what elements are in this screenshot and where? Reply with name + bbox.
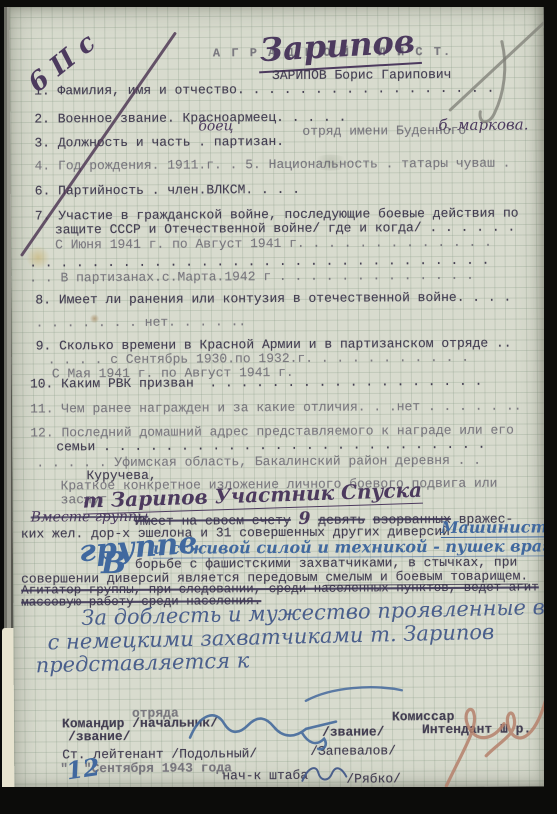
field-4-5-label: 4. Год рождения. 1911.г. . 5. Национальн…: [35, 157, 511, 173]
scan-edge-top: [0, 0, 557, 7]
field-8-label: 8. Имеет ли ранения или контузия в отече…: [35, 291, 511, 307]
field-3-label: 3. Должность и часть . партизан.: [34, 135, 284, 150]
field-3-handwritten-boec: боец: [198, 118, 233, 134]
date-handwritten-day: 12: [64, 752, 101, 786]
resolution-line3: представляется к: [35, 648, 249, 677]
chief-of-staff-name: /Рябко/: [346, 772, 401, 785]
field-8-value: . . . . . . . нет. . . . ..: [36, 315, 247, 329]
field-12-label-line2: семьи . . . . . . . . . . . . . . . . . …: [56, 438, 485, 454]
award-sheet-paper: А Г Р А Д Н О Й Л И С Т. Зарипов ЗАРИПОВ…: [10, 3, 549, 789]
field-2-label: 2. Военное звание. Красноармеец. . . . .: [34, 111, 346, 126]
commander-signature: [184, 705, 344, 754]
field-7-value: С Июня 1941 г. по Август 1941 г. . . . .…: [55, 236, 492, 252]
chief-of-staff-signature: [298, 763, 350, 789]
pencil-mark: [410, 11, 557, 138]
pen-flourish: [302, 682, 406, 705]
approver-signature-red: [432, 693, 555, 794]
scan-edge-bottom: [0, 787, 557, 814]
field-7-partisan-since: . . В партизанах.с.Марта.1942 г . . . . …: [29, 269, 474, 285]
field-9-value: . . . . с Сентябрь 1930.по 1932.г. . . .…: [48, 351, 469, 367]
scan-edge-right: [544, 0, 557, 814]
field-10-label: 10. Каким РВК призван . . . . . . . . . …: [30, 375, 483, 391]
handwritten-blue-mashinist: Машинисто-: [441, 517, 557, 538]
field-6-label: 6. Партийность . член.ВЛКСМ. . . .: [35, 183, 300, 198]
otryada-label: отряда: [132, 707, 179, 720]
scanned-document-page: А Г Р А Д Н О Й Л И С Т. Зарипов ЗАРИПОВ…: [0, 0, 557, 814]
chief-of-staff-label: нач-к штаба: [222, 769, 308, 783]
handwritten-struck-phrase: Вместе группы: [31, 509, 149, 526]
surname-handwritten: Зарипов: [257, 22, 422, 73]
rank-label-left: /звание/: [68, 730, 131, 743]
field-11-label: 11. Чем ранее награжден и за какие отлич…: [30, 400, 522, 416]
